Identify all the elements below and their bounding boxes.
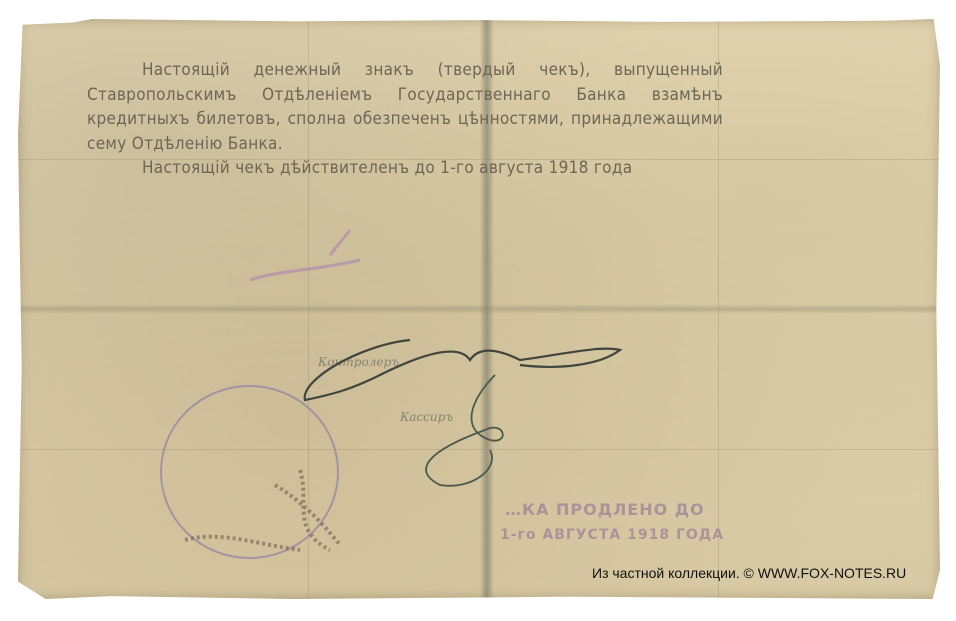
copyright-watermark: Из частной коллекции. © WWW.FOX-NOTES.RU [592,565,906,581]
violet-mark [250,230,360,280]
controller-signature [305,340,620,400]
stamp-signature [185,470,340,550]
signatures [0,0,956,621]
cashier-signature [426,375,503,486]
